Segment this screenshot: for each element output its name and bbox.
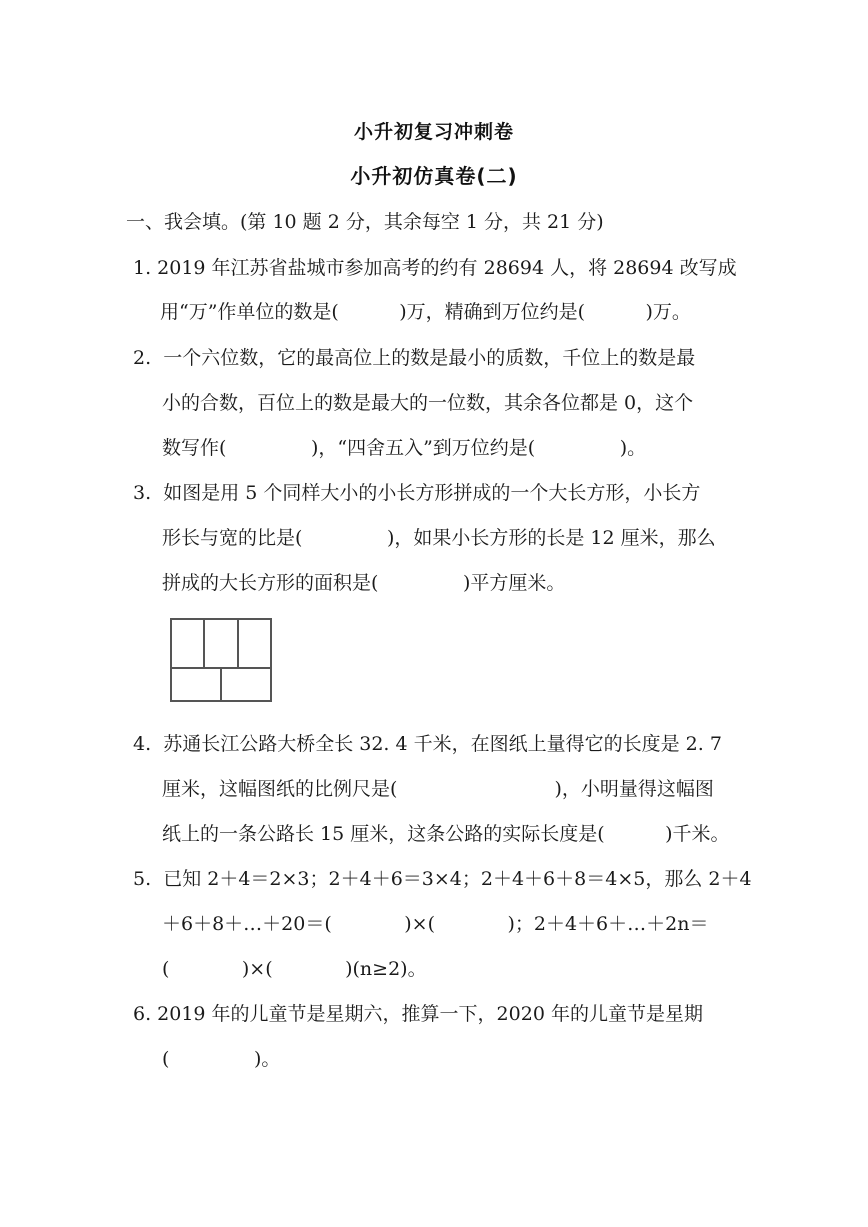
question-4-line-1: 4. 苏通长江公路大桥全长 32. 4 千米，在图纸上量得它的长度是 2. 7 [133,732,722,756]
question-6-line-1: 6. 2019 年的儿童节是星期六，推算一下，2020 年的儿童节是星期 [133,1002,703,1026]
question-1-line-1: 1. 2019 年江苏省盐城市参加高考的约有 28694 人，将 28694 改… [133,256,737,280]
question-1-line-2: 用“万”作单位的数是( )万，精确到万位约是( )万。 [160,300,691,324]
question-2-line-1: 2. 一个六位数，它的最高位上的数是最小的质数，千位上的数是最 [133,346,695,370]
section-heading: 一、我会填。(第 10 题 2 分，其余每空 1 分，共 21 分) [126,210,604,234]
question-5-line-3: ( )×( )(n≥2)。 [162,957,427,981]
question-3-line-2: 形长与宽的比是( )，如果小长方形的长是 12 厘米，那么 [162,526,716,550]
question-5-line-1: 5. 已知 2＋4＝2×3；2＋4＋6＝3×4；2＋4＋6＋8＝4×5，那么 2… [133,867,752,891]
question-6-line-2: ( )。 [162,1047,280,1071]
question-3-line-3: 拼成的大长方形的面积是( )平方厘米。 [162,571,565,595]
exam-page: 小升初复习冲刺卷 小升初仿真卷(二) 一、我会填。(第 10 题 2 分，其余每… [0,0,868,1227]
question-5-line-2: ＋6＋8＋…＋20＝( )×( )；2＋4＋6＋…＋2n＝ [162,912,708,936]
question-2-line-2: 小的合数，百位上的数是最大的一位数，其余各位都是 0，这个 [162,391,693,415]
question-4-line-2: 厘米，这幅图纸的比例尺是( )，小明量得这幅图 [162,777,714,801]
question-4-line-3: 纸上的一条公路长 15 厘米，这条公路的实际长度是( )千米。 [162,822,729,846]
paper-title: 小升初仿真卷(二) [0,160,868,189]
question-3-line-1: 3. 如图是用 5 个同样大小的小长方形拼成的一个大长方形，小长方 [133,481,700,505]
rectangles-figure [170,618,272,702]
series-title: 小升初复习冲刺卷 [0,117,868,144]
question-2-line-3: 数写作( )，“四舍五入”到万位约是( )。 [162,436,646,460]
